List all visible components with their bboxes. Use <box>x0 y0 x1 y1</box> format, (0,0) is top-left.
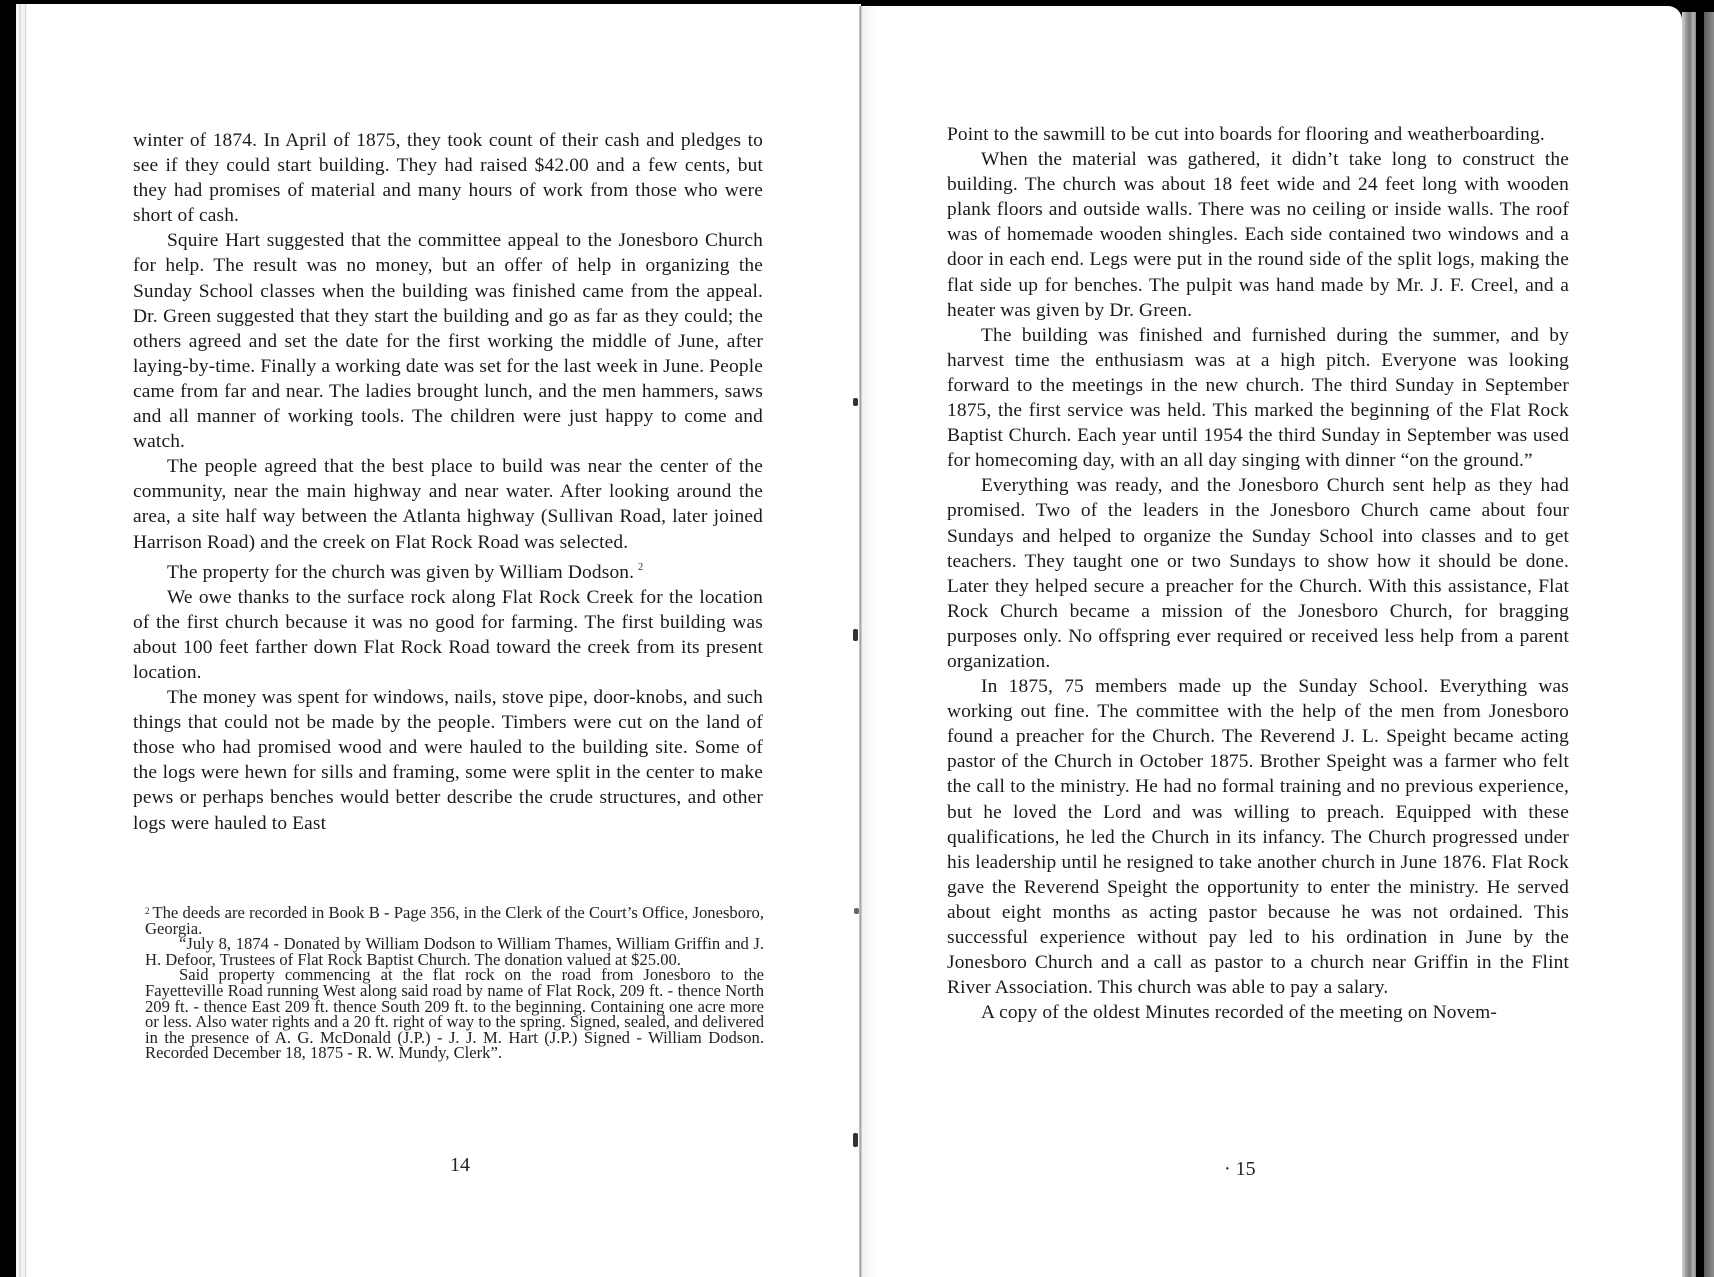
page-number-right: · 15 <box>1224 1158 1256 1181</box>
paragraph: The building was finished and furnished … <box>947 323 1569 474</box>
paragraph: winter of 1874. In April of 1875, they t… <box>133 128 763 228</box>
staple-top <box>853 398 858 406</box>
left-page-body: winter of 1874. In April of 1875, they t… <box>133 128 763 836</box>
paragraph: We owe thanks to the surface rock along … <box>133 585 763 685</box>
paragraph: The people agreed that the best place to… <box>133 454 763 554</box>
footnote-paragraph: “July 8, 1874 - Donated by William Dodso… <box>145 936 764 967</box>
paragraph: In 1875, 75 members made up the Sunday S… <box>947 674 1569 1000</box>
footnote-paragraph: 2The deeds are recorded in Book B - Page… <box>145 904 764 936</box>
paragraph: A copy of the oldest Minutes recorded of… <box>947 1000 1569 1025</box>
staple-lower <box>854 908 859 914</box>
footnote-reference: 2 <box>638 562 643 573</box>
footnote: 2The deeds are recorded in Book B - Page… <box>145 904 764 1061</box>
paragraph: Point to the sawmill to be cut into boar… <box>947 122 1569 147</box>
staple-middle <box>853 629 858 641</box>
footnote-paragraph: Said property commencing at the flat roc… <box>145 967 764 1061</box>
page-number-left: 14 <box>450 1154 470 1177</box>
paragraph: Everything was ready, and the Jonesboro … <box>947 473 1569 674</box>
footnote-marker: 2 <box>145 906 150 916</box>
scanned-book-spread: winter of 1874. In April of 1875, they t… <box>0 0 1714 1277</box>
right-page-body: Point to the sawmill to be cut into boar… <box>947 122 1569 1025</box>
paragraph-text: The property for the church was given by… <box>167 562 634 583</box>
right-page-edges <box>1682 12 1696 1277</box>
paragraph: The money was spent for windows, nails, … <box>133 685 763 836</box>
paragraph: When the material was gathered, it didn’… <box>947 147 1569 323</box>
paragraph: Squire Hart suggested that the committee… <box>133 228 763 454</box>
cover-edge <box>1704 12 1714 1277</box>
paragraph: The property for the church was given by… <box>133 555 763 585</box>
footnote-text: The deeds are recorded in Book B - Page … <box>145 903 764 938</box>
staple-bottom <box>853 1133 858 1147</box>
spine-shadow <box>862 6 876 1277</box>
